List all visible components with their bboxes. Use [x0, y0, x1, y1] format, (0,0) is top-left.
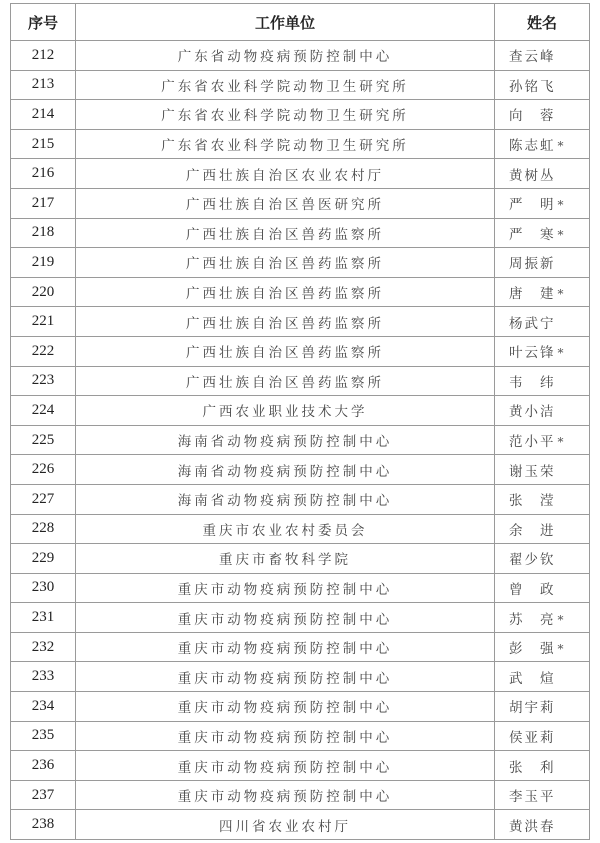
- table-row: 220广西壮族自治区兽药监察所唐 建*: [11, 277, 590, 307]
- person-name: 翟少钦: [509, 552, 556, 568]
- person-name-cell: 黄小洁: [495, 396, 590, 426]
- table-row: 236重庆市动物疫病预防控制中心张 利: [11, 751, 590, 781]
- work-unit-cell: 海南省动物疫病预防控制中心: [76, 484, 495, 514]
- header-row: 序号 工作单位 姓名: [11, 4, 590, 41]
- serial-number-cell: 214: [11, 100, 76, 130]
- table-row: 217广西壮族自治区兽医研究所严 明*: [11, 188, 590, 218]
- work-unit-cell: 广西壮族自治区兽药监察所: [76, 307, 495, 337]
- table-row: 215广东省农业科学院动物卫生研究所陈志虹*: [11, 129, 590, 159]
- work-unit-cell: 重庆市动物疫病预防控制中心: [76, 632, 495, 662]
- serial-number-cell: 234: [11, 692, 76, 722]
- serial-number-cell: 222: [11, 336, 76, 366]
- person-name: 范小平: [509, 434, 556, 450]
- table-row: 226海南省动物疫病预防控制中心谢玉荣: [11, 455, 590, 485]
- person-name-cell: 黄树丛: [495, 159, 590, 189]
- work-unit-cell: 广西壮族自治区兽药监察所: [76, 336, 495, 366]
- person-name: 苏 亮: [509, 612, 556, 628]
- person-name-cell: 余 进: [495, 514, 590, 544]
- person-name-cell: 谢玉荣: [495, 455, 590, 485]
- asterisk-mark: *: [558, 613, 566, 627]
- serial-number-cell: 227: [11, 484, 76, 514]
- person-name: 叶云锋: [509, 345, 556, 361]
- serial-number-cell: 215: [11, 129, 76, 159]
- serial-number-cell: 228: [11, 514, 76, 544]
- person-name: 曾 政: [509, 582, 556, 598]
- table-row: 238四川省农业农村厅黄洪春: [11, 810, 590, 840]
- person-name-cell: 侯亚莉: [495, 721, 590, 751]
- person-name-cell: 胡宇莉: [495, 692, 590, 722]
- asterisk-mark: *: [558, 287, 566, 301]
- table-row: 224广西农业职业技术大学黄小洁: [11, 396, 590, 426]
- table-row: 218广西壮族自治区兽药监察所严 寒*: [11, 218, 590, 248]
- person-name-cell: 黄洪春: [495, 810, 590, 840]
- person-name: 余 进: [509, 523, 556, 539]
- serial-number-cell: 232: [11, 632, 76, 662]
- serial-number-cell: 220: [11, 277, 76, 307]
- person-name: 向 蓉: [509, 108, 556, 124]
- work-unit-cell: 广西壮族自治区兽药监察所: [76, 277, 495, 307]
- serial-number-cell: 226: [11, 455, 76, 485]
- serial-number-cell: 230: [11, 573, 76, 603]
- table-row: 230重庆市动物疫病预防控制中心曾 政: [11, 573, 590, 603]
- work-unit-cell: 重庆市动物疫病预防控制中心: [76, 662, 495, 692]
- table-row: 213广东省农业科学院动物卫生研究所孙铭飞: [11, 70, 590, 100]
- table-row: 231重庆市动物疫病预防控制中心苏 亮*: [11, 603, 590, 633]
- table-row: 229重庆市畜牧科学院翟少钦: [11, 544, 590, 574]
- person-name-cell: 严 寒*: [495, 218, 590, 248]
- work-unit-cell: 重庆市动物疫病预防控制中心: [76, 573, 495, 603]
- work-unit-cell: 广东省农业科学院动物卫生研究所: [76, 100, 495, 130]
- person-name: 李玉平: [509, 789, 556, 805]
- person-name-cell: 向 蓉: [495, 100, 590, 130]
- table-row: 225海南省动物疫病预防控制中心范小平*: [11, 425, 590, 455]
- table-row: 223广西壮族自治区兽药监察所韦 纬: [11, 366, 590, 396]
- work-unit-cell: 广东省农业科学院动物卫生研究所: [76, 70, 495, 100]
- asterisk-mark: *: [558, 228, 566, 242]
- work-unit-cell: 重庆市畜牧科学院: [76, 544, 495, 574]
- serial-number-cell: 237: [11, 780, 76, 810]
- serial-number-cell: 238: [11, 810, 76, 840]
- serial-number-cell: 231: [11, 603, 76, 633]
- person-name: 张 滢: [509, 493, 556, 509]
- person-name-cell: 翟少钦: [495, 544, 590, 574]
- table-body: 212广东省动物疫病预防控制中心查云峰213广东省农业科学院动物卫生研究所孙铭飞…: [11, 41, 590, 840]
- asterisk-mark: *: [558, 198, 566, 212]
- person-name: 侯亚莉: [509, 730, 556, 746]
- person-name: 陈志虹: [509, 138, 556, 154]
- table-row: 228重庆市农业农村委员会余 进: [11, 514, 590, 544]
- work-unit-cell: 广西壮族自治区兽医研究所: [76, 188, 495, 218]
- person-name: 黄树丛: [509, 168, 556, 184]
- serial-number-cell: 221: [11, 307, 76, 337]
- table-row: 235重庆市动物疫病预防控制中心侯亚莉: [11, 721, 590, 751]
- person-name: 严 明: [509, 197, 556, 213]
- person-name-cell: 孙铭飞: [495, 70, 590, 100]
- asterisk-mark: *: [558, 139, 566, 153]
- person-name: 严 寒: [509, 227, 556, 243]
- person-name-cell: 武 煊: [495, 662, 590, 692]
- person-name-cell: 查云峰: [495, 41, 590, 71]
- person-name-cell: 严 明*: [495, 188, 590, 218]
- table-row: 227海南省动物疫病预防控制中心张 滢: [11, 484, 590, 514]
- work-unit-cell: 广东省农业科学院动物卫生研究所: [76, 129, 495, 159]
- asterisk-mark: *: [558, 346, 566, 360]
- person-name-cell: 唐 建*: [495, 277, 590, 307]
- work-unit-cell: 四川省农业农村厅: [76, 810, 495, 840]
- work-unit-cell: 广东省动物疫病预防控制中心: [76, 41, 495, 71]
- person-name-cell: 杨武宁: [495, 307, 590, 337]
- work-unit-cell: 重庆市动物疫病预防控制中心: [76, 780, 495, 810]
- header-serial-number: 序号: [11, 4, 76, 41]
- person-name-cell: 陈志虹*: [495, 129, 590, 159]
- work-unit-cell: 海南省动物疫病预防控制中心: [76, 425, 495, 455]
- header-work-unit: 工作单位: [76, 4, 495, 41]
- person-name-cell: 周振新: [495, 248, 590, 278]
- serial-number-cell: 219: [11, 248, 76, 278]
- work-unit-cell: 重庆市动物疫病预防控制中心: [76, 751, 495, 781]
- person-name-cell: 曾 政: [495, 573, 590, 603]
- person-name-cell: 张 滢: [495, 484, 590, 514]
- person-name: 胡宇莉: [509, 700, 556, 716]
- table-row: 232重庆市动物疫病预防控制中心彭 强*: [11, 632, 590, 662]
- work-unit-cell: 重庆市动物疫病预防控制中心: [76, 692, 495, 722]
- work-unit-cell: 广西农业职业技术大学: [76, 396, 495, 426]
- serial-number-cell: 212: [11, 41, 76, 71]
- work-unit-cell: 广西壮族自治区兽药监察所: [76, 248, 495, 278]
- work-unit-cell: 广西壮族自治区兽药监察所: [76, 366, 495, 396]
- person-name-cell: 韦 纬: [495, 366, 590, 396]
- person-name: 孙铭飞: [509, 79, 556, 95]
- table-row: 237重庆市动物疫病预防控制中心李玉平: [11, 780, 590, 810]
- person-name-cell: 苏 亮*: [495, 603, 590, 633]
- serial-number-cell: 236: [11, 751, 76, 781]
- person-name: 查云峰: [509, 49, 556, 65]
- serial-number-cell: 225: [11, 425, 76, 455]
- table-row: 234重庆市动物疫病预防控制中心胡宇莉: [11, 692, 590, 722]
- serial-number-cell: 223: [11, 366, 76, 396]
- table-row: 222广西壮族自治区兽药监察所叶云锋*: [11, 336, 590, 366]
- person-name: 周振新: [509, 256, 556, 272]
- table-row: 212广东省动物疫病预防控制中心查云峰: [11, 41, 590, 71]
- serial-number-cell: 218: [11, 218, 76, 248]
- serial-number-cell: 213: [11, 70, 76, 100]
- table-row: 214广东省农业科学院动物卫生研究所向 蓉: [11, 100, 590, 130]
- personnel-table: 序号 工作单位 姓名 212广东省动物疫病预防控制中心查云峰213广东省农业科学…: [10, 3, 590, 840]
- person-name: 武 煊: [509, 671, 556, 687]
- person-name: 韦 纬: [509, 375, 556, 391]
- person-name: 黄小洁: [509, 404, 556, 420]
- serial-number-cell: 229: [11, 544, 76, 574]
- work-unit-cell: 海南省动物疫病预防控制中心: [76, 455, 495, 485]
- serial-number-cell: 216: [11, 159, 76, 189]
- person-name: 彭 强: [509, 641, 556, 657]
- serial-number-cell: 233: [11, 662, 76, 692]
- person-name: 杨武宁: [509, 316, 556, 332]
- header-name: 姓名: [495, 4, 590, 41]
- asterisk-mark: *: [558, 435, 566, 449]
- work-unit-cell: 广西壮族自治区兽药监察所: [76, 218, 495, 248]
- table-row: 216广西壮族自治区农业农村厅黄树丛: [11, 159, 590, 189]
- person-name-cell: 李玉平: [495, 780, 590, 810]
- work-unit-cell: 重庆市农业农村委员会: [76, 514, 495, 544]
- work-unit-cell: 重庆市动物疫病预防控制中心: [76, 721, 495, 751]
- person-name-cell: 范小平*: [495, 425, 590, 455]
- work-unit-cell: 广西壮族自治区农业农村厅: [76, 159, 495, 189]
- table-row: 221广西壮族自治区兽药监察所杨武宁: [11, 307, 590, 337]
- table-row: 233重庆市动物疫病预防控制中心武 煊: [11, 662, 590, 692]
- asterisk-mark: *: [558, 642, 566, 656]
- work-unit-cell: 重庆市动物疫病预防控制中心: [76, 603, 495, 633]
- serial-number-cell: 217: [11, 188, 76, 218]
- person-name-cell: 彭 强*: [495, 632, 590, 662]
- person-name-cell: 叶云锋*: [495, 336, 590, 366]
- person-name: 谢玉荣: [509, 464, 556, 480]
- person-name: 张 利: [509, 760, 556, 776]
- person-name: 黄洪春: [509, 819, 556, 835]
- person-name-cell: 张 利: [495, 751, 590, 781]
- serial-number-cell: 235: [11, 721, 76, 751]
- table-row: 219广西壮族自治区兽药监察所周振新: [11, 248, 590, 278]
- person-name: 唐 建: [509, 286, 556, 302]
- serial-number-cell: 224: [11, 396, 76, 426]
